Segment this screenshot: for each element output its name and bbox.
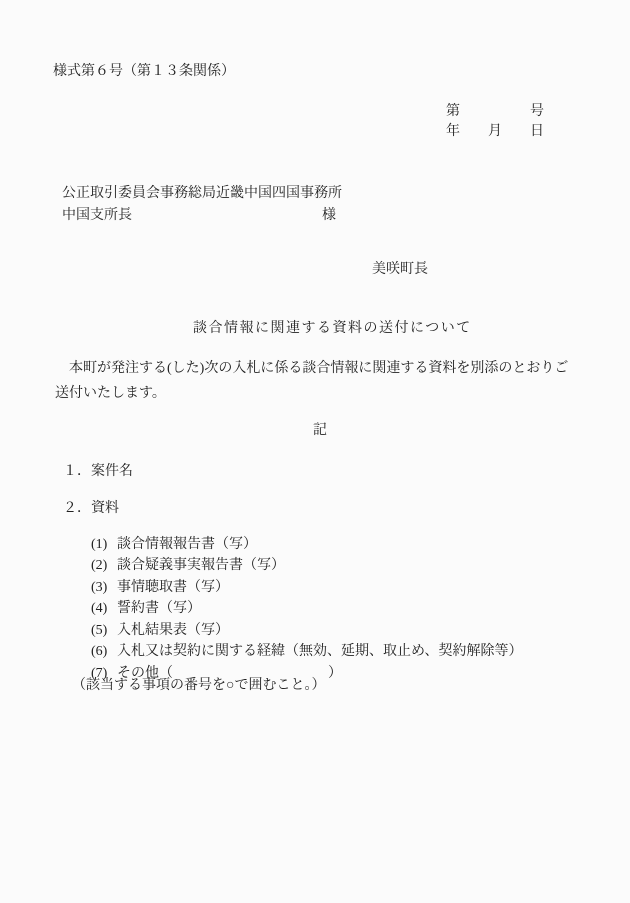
- doc-number-suffix: 号: [530, 105, 544, 119]
- date-month-label: 月: [488, 125, 502, 139]
- material-text-close-paren: ）: [328, 666, 342, 681]
- recipient-branch: 中国支所長: [62, 209, 132, 223]
- form-number: 様式第６号（第１３条関係）: [53, 65, 235, 79]
- instruction-note: （該当する事項の番号を○で囲むこと。）: [72, 679, 325, 693]
- document-page: 様式第６号（第１３条関係） 第 号 年 月 日 公正取引委員会事務総局近畿中国四…: [0, 0, 630, 903]
- body-paragraph-line1: 本町が発注する(した)次の入札に係る談合情報に関連する資料を別添のとおりご: [55, 362, 568, 376]
- document-title: 談合情報に関連する資料の送付について: [193, 322, 472, 336]
- section-2-heading: ２．資料: [63, 502, 119, 516]
- section-1-heading: １．案件名: [63, 465, 133, 479]
- record-marker: 記: [313, 424, 327, 438]
- recipient-office: 公正取引委員会事務総局近畿中国四国事務所: [62, 187, 342, 201]
- sender-title: 美咲町長: [372, 263, 428, 277]
- date-day-label: 日: [530, 125, 544, 139]
- date-year-label: 年: [446, 125, 460, 139]
- recipient-honorific: 様: [322, 209, 336, 223]
- blank-fill-in-field: [173, 676, 328, 677]
- doc-number-prefix: 第: [446, 105, 460, 119]
- body-paragraph-line2: 送付いたします。: [55, 387, 166, 401]
